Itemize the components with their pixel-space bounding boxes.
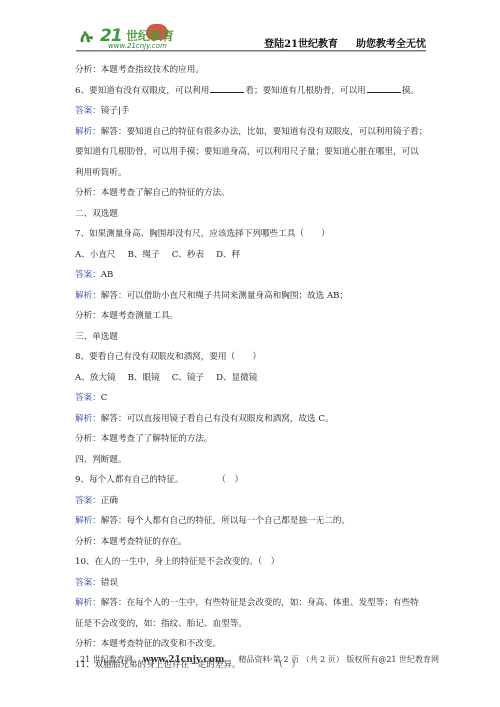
analysis-label: 分析： xyxy=(75,537,101,547)
page-footer: 21 世纪教育网www.21cnjy.com精品资料·第 2 页 （共 2 页）… xyxy=(80,654,439,665)
analysis-label: 分析： xyxy=(75,434,101,444)
answer-value: C xyxy=(101,393,108,403)
footer-right: 精品资料·第 2 页 （共 2 页） 版权所有@21 世纪教育网 xyxy=(238,655,439,664)
q8-option-c: C、镜子 xyxy=(172,373,204,383)
q7-analysis: 分析：本题考查测量工具。 xyxy=(75,306,430,327)
analysis-text: 本题考查测量工具。 xyxy=(101,311,178,321)
explain-text: 解答：在每个人的一生中，有些特征是会改变的，如：身高、体重、发型等；有些特 xyxy=(101,598,419,608)
q6-text-b: 看；要知道有几根肋骨，可以用 xyxy=(245,86,365,96)
explain-text: 解答：每个人都有自己的特征，所以每一个自己都是独一无二的。 xyxy=(101,516,350,526)
q8-explain: 解析：解答：可以直接用镜子看自己有没有双眼皮和酒窝，故选 C。 xyxy=(75,409,430,430)
question-9: 9、每个人都有自己的特征。（ ） xyxy=(75,470,430,491)
section-heading-2: 二、双选题 xyxy=(75,204,430,225)
q9-answer: 答案：正确 xyxy=(75,491,430,512)
answer-label: 答案： xyxy=(75,578,101,588)
q7-option-d: D、秤 xyxy=(216,250,240,260)
analysis-text: 本题考查了解自己的特征的方法。 xyxy=(101,188,230,198)
q7-explain: 解析：解答：可以借助小直尺和绳子共同来测量身高和胸围；故选 AB； xyxy=(75,286,430,307)
q8-options: A、放大镜B、眼镜C、镜子D、显微镜 xyxy=(75,368,430,389)
analysis-text: 本题考查特征的改变和不改变。 xyxy=(101,639,221,649)
q6-explain-3: 利用听筒听。 xyxy=(75,163,430,184)
question-6: 6、要知道有没有双眼皮，可以利用看；要知道有几根肋骨，可以用摸。 xyxy=(75,81,430,102)
q8-answer: 答案：C xyxy=(75,388,430,409)
footer-left: 21 世纪教育网 xyxy=(80,655,133,664)
section-heading-3: 三、单选题 xyxy=(75,327,430,348)
header-slogan: 登陆21世纪教育助您教考全无忧 xyxy=(264,35,426,50)
question-8: 8、要看自己有没有双眼皮和酒窝，要用（ ） xyxy=(75,347,430,368)
q9-text: 9、每个人都有自己的特征。 xyxy=(75,475,184,485)
q10-answer: 答案：错误 xyxy=(75,573,430,594)
q10-explain-1: 解析：解答：在每个人的一生中，有些特征是会改变的，如：身高、体重、发型等；有些特 xyxy=(75,593,430,614)
q10-explain-2: 征是不会改变的，如：指纹、胎记、血型等。 xyxy=(75,614,430,635)
q7-option-b: B、绳子 xyxy=(128,250,160,260)
slogan-right: 助您教考全无忧 xyxy=(356,39,426,50)
explain-label: 解析： xyxy=(75,291,101,301)
q8-option-b: B、眼镜 xyxy=(128,373,160,383)
answer-value: 正确 xyxy=(101,496,118,506)
q7-options: A、小直尺B、绳子C、秒表D、秤 xyxy=(75,245,430,266)
slogan-left: 登陆21世纪教育 xyxy=(264,39,338,50)
answer-label: 答案： xyxy=(75,496,101,506)
footer-site-link[interactable]: www.21cnjy.com xyxy=(143,655,225,665)
answer-value: 镜子|手 xyxy=(101,106,130,116)
q6-analysis: 分析：本题考查了解自己的特征的方法。 xyxy=(75,183,430,204)
q7-option-c: C、秒表 xyxy=(172,250,204,260)
runner-icon: ሉ xyxy=(80,26,93,47)
q8-option-a: A、放大镜 xyxy=(75,373,116,383)
question-10: 10、在人的一生中，身上的特征是不会改变的。（ ） xyxy=(75,552,430,573)
q6-text-a: 6、要知道有没有双眼皮，可以利用 xyxy=(75,86,209,96)
explain-label: 解析： xyxy=(75,516,101,526)
header-divider xyxy=(76,50,426,52)
site-logo: ሉ 21 世纪教育 www.21cnjy.com xyxy=(80,24,180,50)
q6-explain-2: 要知道有几根肋骨，可以用手摸；要知道身高，可以利用尺子量；要知道心脏在哪里，可以 xyxy=(75,142,430,163)
q8-analysis: 分析：本题考查了了解特征的方法。 xyxy=(75,429,430,450)
explain-label: 解析： xyxy=(75,598,101,608)
explain-label: 解析： xyxy=(75,127,101,137)
logo-url: www.21cnjy.com xyxy=(108,42,167,50)
q9-paren: （ ） xyxy=(222,475,243,485)
analysis-text: 本题考查特征的存在。 xyxy=(101,537,187,547)
fill-blank-2 xyxy=(367,84,401,93)
q9-explain: 解析：解答：每个人都有自己的特征，所以每一个自己都是独一无二的。 xyxy=(75,511,430,532)
q6-explain-1: 解析：解答：要知道自己的特征有很多办法，比如，要知道有没有双眼皮，可以利用镜子看… xyxy=(75,122,430,143)
explain-text: 解答：要知道自己的特征有很多办法，比如，要知道有没有双眼皮，可以利用镜子看； xyxy=(101,127,428,137)
q7-option-a: A、小直尺 xyxy=(75,250,116,260)
analysis-label: 分析： xyxy=(75,311,101,321)
answer-value: AB xyxy=(101,270,114,280)
page-header: ሉ 21 世纪教育 www.21cnjy.com 登陆21世纪教育助您教考全无忧 xyxy=(76,22,426,52)
fill-blank-1 xyxy=(210,84,244,93)
analysis-line: 分析：本题考查指纹技术的应用。 xyxy=(75,60,430,81)
explain-text: 解答：可以借助小直尺和绳子共同来测量身高和胸围；故选 AB； xyxy=(101,291,348,301)
q6-text-c: 摸。 xyxy=(402,86,419,96)
answer-label: 答案： xyxy=(75,106,101,116)
q8-option-d: D、显微镜 xyxy=(216,373,257,383)
question-7: 7、如果测量身高、胸围却没有尺，应该选择下列哪些工具（ ） xyxy=(75,224,430,245)
answer-value: 错误 xyxy=(101,578,118,588)
analysis-text: 本题考查了了解特征的方法。 xyxy=(101,434,213,444)
section-heading-4: 四、判断题。 xyxy=(75,450,430,471)
analysis-label: 分析： xyxy=(75,639,101,649)
document-body: 分析：本题考查指纹技术的应用。 6、要知道有没有双眼皮，可以利用看；要知道有几根… xyxy=(75,60,430,675)
explain-label: 解析： xyxy=(75,414,101,424)
q10-analysis: 分析：本题考查特征的改变和不改变。 xyxy=(75,634,430,655)
q6-answer: 答案：镜子|手 xyxy=(75,101,430,122)
q9-analysis: 分析：本题考查特征的存在。 xyxy=(75,532,430,553)
analysis-label: 分析： xyxy=(75,188,101,198)
answer-label: 答案： xyxy=(75,270,101,280)
answer-label: 答案： xyxy=(75,393,101,403)
q7-answer: 答案：AB xyxy=(75,265,430,286)
explain-text: 解答：可以直接用镜子看自己有没有双眼皮和酒窝，故选 C。 xyxy=(101,414,334,424)
